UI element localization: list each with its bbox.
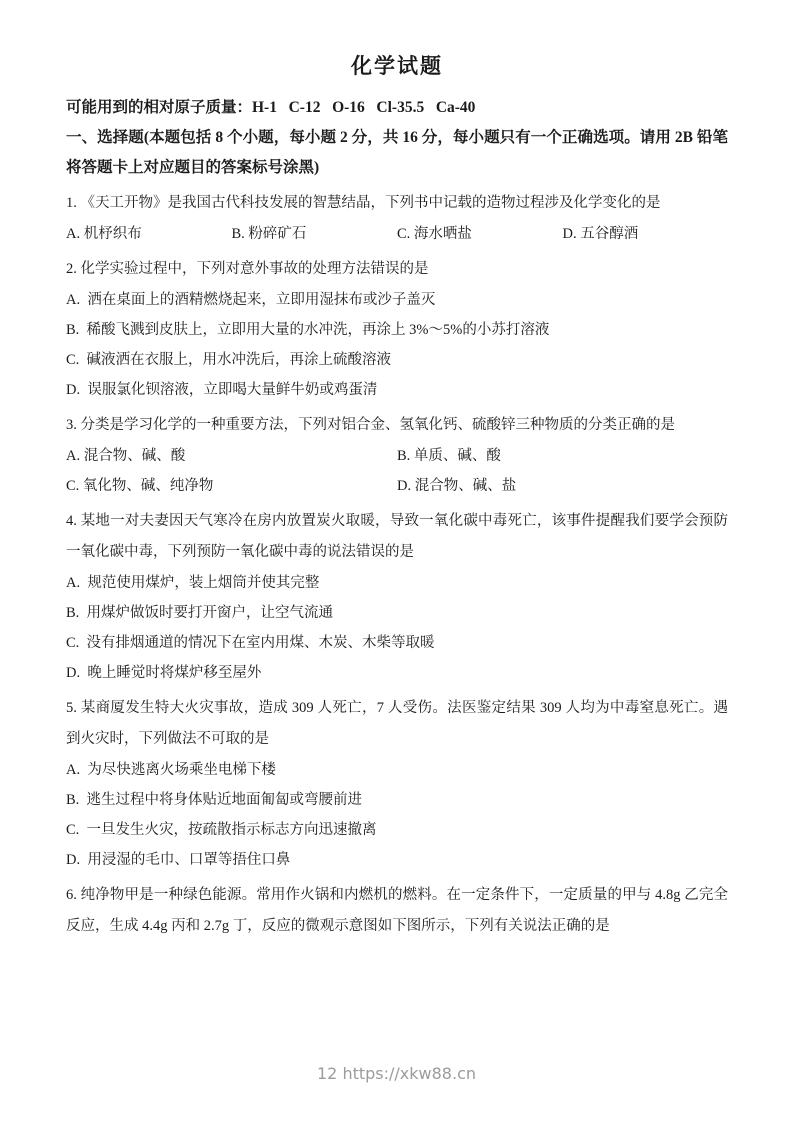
question-option: A. 为尽快逃离火场乘坐电梯下楼 [66, 755, 728, 785]
page-footer: 12 https://xkw88.cn [0, 1064, 793, 1083]
section-heading: 一、选择题(本题包括 8 个小题，每小题 2 分，共 16 分，每小题只有一个正… [66, 123, 728, 183]
question-body: 纯净物甲是一种绿色能源。常用作火锅和内燃机的燃料。在一定条件下，一定质量的甲与 … [66, 887, 728, 934]
question-4: 4. 某地一对夫妻因天气寒冷在房内放置炭火取暖，导致一氧化碳中毒死亡，该事件提醒… [66, 506, 728, 688]
question-option: B. 稀酸飞溅到皮肤上，立即用大量的水冲洗，再涂上 3%～5%的小苏打溶液 [66, 315, 728, 345]
question-option: C. 海水晒盐 [397, 219, 563, 249]
document-page: 化学试题 可能用到的相对原子质量：H-1 C-12 O-16 Cl-35.5 C… [66, 50, 728, 942]
question-options: A. 规范使用煤炉，装上烟筒并使其完整 B. 用煤炉做饭时要打开窗户，让空气流通… [66, 568, 728, 688]
question-text: 1. 《天工开物》是我国古代科技发展的智慧结晶，下列书中记载的造物过程涉及化学变… [66, 188, 728, 219]
question-options: A. 机杼织布 B. 粉碎矿石 C. 海水晒盐 D. 五谷醇酒 [66, 219, 728, 249]
question-body: 《天工开物》是我国古代科技发展的智慧结晶，下列书中记载的造物过程涉及化学变化的是 [81, 195, 661, 211]
exam-title: 化学试题 [66, 50, 728, 80]
question-options: A. 洒在桌面上的酒精燃烧起来，立即用湿抹布或沙子盖灭 B. 稀酸飞溅到皮肤上，… [66, 285, 728, 405]
question-option: A. 机杼织布 [66, 219, 232, 249]
question-option: A. 混合物、碱、酸 [66, 441, 397, 471]
question-text: 2. 化学实验过程中，下列对意外事故的处理方法错误的是 [66, 254, 728, 285]
question-option: D. 晚上睡觉时将煤炉移至屋外 [66, 658, 728, 688]
question-option: B. 逃生过程中将身体贴近地面匍匐或弯腰前进 [66, 785, 728, 815]
question-2: 2. 化学实验过程中，下列对意外事故的处理方法错误的是 A. 洒在桌面上的酒精燃… [66, 254, 728, 405]
question-text: 6. 纯净物甲是一种绿色能源。常用作火锅和内燃机的燃料。在一定条件下，一定质量的… [66, 880, 728, 942]
question-5: 5. 某商厦发生特大火灾事故，造成 309 人死亡，7 人受伤。法医鉴定结果 3… [66, 693, 728, 875]
question-number: 5. [66, 700, 77, 716]
question-option: B. 单质、碱、酸 [397, 441, 728, 471]
question-options: A. 为尽快逃离火场乘坐电梯下楼 B. 逃生过程中将身体贴近地面匍匐或弯腰前进 … [66, 755, 728, 875]
question-option: B. 粉碎矿石 [232, 219, 398, 249]
atomic-mass-line: 可能用到的相对原子质量：H-1 C-12 O-16 Cl-35.5 Ca-40 [66, 93, 728, 123]
question-body: 某商厦发生特大火灾事故，造成 309 人死亡，7 人受伤。法医鉴定结果 309 … [66, 700, 728, 747]
question-body: 分类是学习化学的一种重要方法，下列对铝合金、氢氧化钙、硫酸锌三种物质的分类正确的… [81, 417, 676, 433]
question-1: 1. 《天工开物》是我国古代科技发展的智慧结晶，下列书中记载的造物过程涉及化学变… [66, 188, 728, 249]
question-body: 化学实验过程中，下列对意外事故的处理方法错误的是 [81, 261, 429, 277]
question-number: 1. [66, 195, 77, 211]
question-options: A. 混合物、碱、酸 B. 单质、碱、酸 C. 氧化物、碱、纯净物 D. 混合物… [66, 441, 728, 501]
question-option: D. 用浸湿的毛巾、口罩等捂住口鼻 [66, 845, 728, 875]
question-number: 2. [66, 261, 77, 277]
question-option: C. 氧化物、碱、纯净物 [66, 471, 397, 501]
question-option: B. 用煤炉做饭时要打开窗户，让空气流通 [66, 598, 728, 628]
question-option: A. 洒在桌面上的酒精燃烧起来，立即用湿抹布或沙子盖灭 [66, 285, 728, 315]
question-option: C. 一旦发生火灾，按疏散指示标志方向迅速撤离 [66, 815, 728, 845]
question-option: A. 规范使用煤炉，装上烟筒并使其完整 [66, 568, 728, 598]
question-option: C. 碱液洒在衣服上，用水冲洗后，再涂上硫酸溶液 [66, 345, 728, 375]
question-option: D. 五谷醇酒 [563, 219, 729, 249]
question-6: 6. 纯净物甲是一种绿色能源。常用作火锅和内燃机的燃料。在一定条件下，一定质量的… [66, 880, 728, 942]
question-option: C. 没有排烟通道的情况下在室内用煤、木炭、木柴等取暖 [66, 628, 728, 658]
question-number: 6. [66, 887, 77, 903]
question-text: 4. 某地一对夫妻因天气寒冷在房内放置炭火取暖，导致一氧化碳中毒死亡，该事件提醒… [66, 506, 728, 568]
question-3: 3. 分类是学习化学的一种重要方法，下列对铝合金、氢氧化钙、硫酸锌三种物质的分类… [66, 410, 728, 501]
question-option: D. 混合物、碱、盐 [397, 471, 728, 501]
question-number: 3. [66, 417, 77, 433]
question-number: 4. [66, 513, 77, 529]
question-text: 3. 分类是学习化学的一种重要方法，下列对铝合金、氢氧化钙、硫酸锌三种物质的分类… [66, 410, 728, 441]
question-option: D. 误服氯化钡溶液，立即喝大量鲜牛奶或鸡蛋清 [66, 375, 728, 405]
question-text: 5. 某商厦发生特大火灾事故，造成 309 人死亡，7 人受伤。法医鉴定结果 3… [66, 693, 728, 755]
question-body: 某地一对夫妻因天气寒冷在房内放置炭火取暖，导致一氧化碳中毒死亡，该事件提醒我们要… [66, 513, 728, 560]
